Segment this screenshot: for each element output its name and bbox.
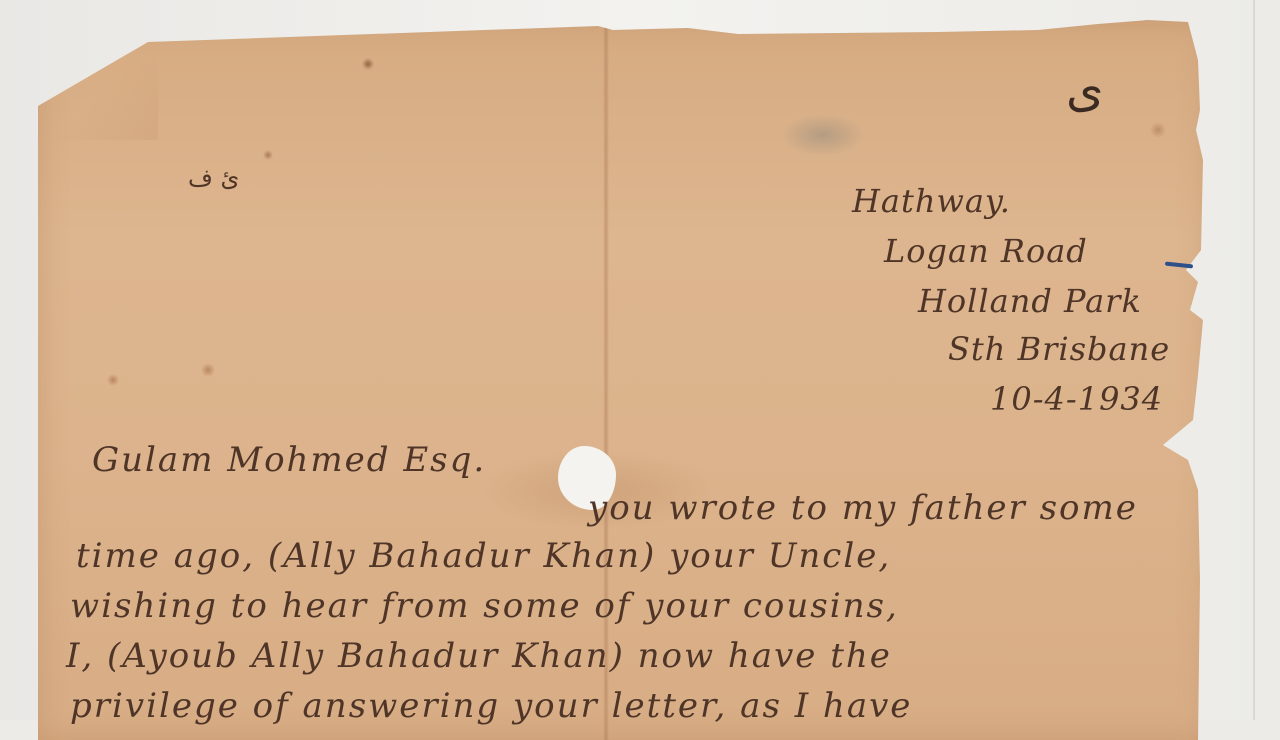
letter-date: 10-4-1934 bbox=[990, 380, 1163, 418]
body-line-5: privilege of answering your letter, as I… bbox=[70, 686, 912, 720]
address-line-suburb: Holland Park bbox=[918, 282, 1142, 320]
marginal-mark-top-left: ئ ف bbox=[188, 164, 239, 192]
address-line-house: Hathway. bbox=[852, 182, 1011, 220]
body-line-1: you wrote to my father some bbox=[588, 488, 1138, 528]
salutation: Gulam Mohmed Esq. bbox=[92, 440, 486, 480]
backdrop-edge-line bbox=[1253, 0, 1255, 720]
body-line-3: wishing to hear from some of your cousin… bbox=[70, 586, 899, 626]
folded-corner bbox=[38, 50, 158, 140]
address-line-city: Sth Brisbane bbox=[948, 330, 1170, 368]
body-line-4: I, (Ayoub Ally Bahadur Khan) now have th… bbox=[66, 636, 892, 676]
marginal-mark-top-right: ى bbox=[1066, 62, 1104, 118]
address-line-road: Logan Road bbox=[884, 232, 1088, 270]
body-line-2: time ago, (Ally Bahadur Khan) your Uncle… bbox=[76, 536, 891, 576]
